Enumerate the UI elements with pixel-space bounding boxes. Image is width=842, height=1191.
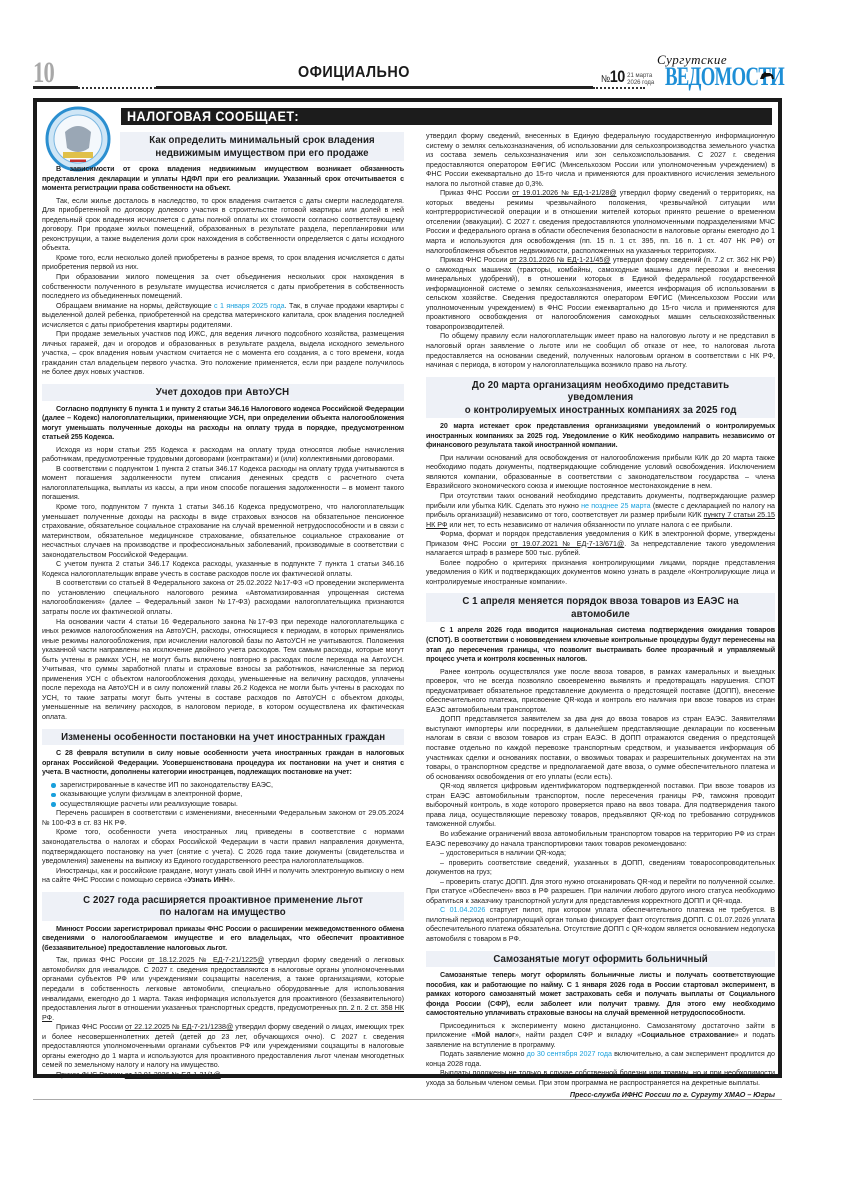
- tab-name: Социальное страхование: [641, 1031, 735, 1039]
- article-lead: С 1 апреля 2026 года вводится национальн…: [426, 626, 775, 664]
- paragraph: Перечень расширен в соответствии с измен…: [42, 809, 404, 828]
- highlight-date: с 1 января 2025 года: [214, 302, 285, 310]
- paragraph: Ранее контроль осуществлялся уже после в…: [426, 668, 775, 716]
- paragraph: Кроме того, особенности учета иностранны…: [42, 828, 404, 866]
- paragraph: При наличии оснований для освобождения о…: [426, 454, 775, 492]
- app-name: Мой налог: [475, 1031, 515, 1039]
- page-number: 10: [33, 58, 54, 88]
- divider: [33, 86, 78, 89]
- order-link[interactable]: от 19.01.2026 № ЕД-1-21/28@: [512, 189, 616, 197]
- paragraph: Так, если жилье досталось в наследство, …: [42, 197, 404, 254]
- paragraph: Присоединиться к эксперименту можно дист…: [426, 1022, 775, 1051]
- section-banner: НАЛОГОВАЯ СООБЩАЕТ:: [121, 108, 772, 125]
- paragraph: По общему правилу если налогоплательщик …: [426, 332, 775, 370]
- order-link[interactable]: от 19.07.2021 № ЕД-7-13/671@: [511, 540, 624, 548]
- paragraph: С 01.04.2026 стартует пилот, при котором…: [426, 906, 775, 944]
- article-lead: С 28 февраля вступили в силу новые особе…: [42, 749, 404, 778]
- paragraph: Форма, формат и порядок представления ув…: [426, 530, 775, 559]
- paragraph: Во избежание ограничений ввоза автомобил…: [426, 830, 775, 849]
- paragraph: В соответствии со статьей 8 Федерального…: [42, 579, 404, 617]
- service-name: Узнать ИНН: [188, 876, 229, 884]
- paragraph: Кроме того, подпунктом 7 пункта 1 статьи…: [42, 503, 404, 560]
- article-heading: Изменены особенности постановки на учет …: [42, 729, 404, 746]
- article-heading: С 2027 года расширяется проактивное прим…: [42, 892, 404, 921]
- article-lead: Согласно подпункту 6 пункта 1 и пункту 2…: [42, 405, 404, 443]
- newspaper-logo: Сургутские ВЕДОМОСТИ: [651, 52, 781, 92]
- masthead: 10 ОФИЦИАЛЬНО №10 21 марта 2026 года Сур…: [33, 58, 778, 92]
- paragraph: ДОПП представляется заявителем за два дн…: [426, 715, 775, 782]
- cat-icon: [759, 70, 775, 80]
- paragraph: Так, приказ ФНС России от 18.12.2025 № Е…: [42, 956, 404, 1023]
- highlight-date: до 30 сентября 2027 года: [527, 1050, 612, 1058]
- column-left: Как определить минимальный срок владения…: [42, 132, 404, 1080]
- divider: [156, 86, 593, 89]
- list-item: оказывающие услуги физлицам в электронно…: [42, 790, 404, 800]
- paragraph: Приказ ФНС России от 22.12.2025 № ЕД-7-2…: [42, 1023, 404, 1071]
- paragraph: Подать заявление можно до 30 сентября 20…: [426, 1050, 775, 1069]
- list-item: зарегистрированные в качестве ИП по зако…: [42, 781, 404, 791]
- paragraph: Приказ ФНС России от 12.01.2026 № ЕД-1-2…: [42, 1071, 404, 1081]
- list-item: – проверить соответствие сведений, указа…: [426, 859, 775, 878]
- paragraph: Исходя из норм статьи 255 Кодекса к расх…: [42, 446, 404, 465]
- highlight-date: С 01.04.2026: [440, 906, 485, 914]
- paragraph: Иностранцы, как и российские граждане, м…: [42, 867, 404, 886]
- article-heading: Учет доходов при АвтоУСН: [42, 384, 404, 401]
- order-link[interactable]: от 23.01.2026 № ЕД-1-21/45@: [510, 256, 611, 264]
- divider: [78, 87, 156, 89]
- paragraph: Обращаем внимание на нормы, действующие …: [42, 302, 404, 331]
- order-link[interactable]: от 18.12.2025 № ЕД-7-21/1225@: [148, 956, 265, 964]
- paragraph: При образовании жилого помещения за счет…: [42, 273, 404, 302]
- paragraph: Кроме того, если несколько долей приобре…: [42, 254, 404, 273]
- paragraph: Приказ ФНС России от 19.01.2026 № ЕД-1-2…: [426, 189, 775, 256]
- paragraph: Более подробно о критериях признания кон…: [426, 559, 775, 588]
- issue-info: №10 21 марта 2026 года: [601, 67, 654, 87]
- paragraph: QR-код является цифровым идентификатором…: [426, 782, 775, 830]
- paragraph: утвердил форму сведений, внесенных в Еди…: [426, 132, 775, 189]
- list-item: – проверить статус ДОПП. Для этого нужно…: [426, 878, 775, 907]
- issue-number: №10: [601, 67, 625, 87]
- article-heading: Как определить минимальный срок владения…: [120, 132, 404, 161]
- paragraph: При продаже земельных участков под ИЖС, …: [42, 330, 404, 378]
- article-heading: До 20 марта организациям необходимо пред…: [426, 377, 775, 419]
- divider: [33, 1099, 782, 1100]
- paragraph-continued-note: …: [221, 1071, 230, 1079]
- order-link[interactable]: от 12.01.2026 № ЕД-1-21/1@: [125, 1071, 221, 1079]
- article-heading: Самозанятые могут оформить больничный: [426, 951, 775, 968]
- paragraph: В соответствии с подпунктом 1 пункта 2 с…: [42, 465, 404, 503]
- paragraph: На основании части 4 статьи 16 Федеральн…: [42, 618, 404, 723]
- tax-news-panel: НАЛОГОВАЯ СООБЩАЕТ: Как определить миним…: [33, 98, 782, 1078]
- paragraph: С учетом пункта 2 статьи 346.17 Кодекса …: [42, 560, 404, 579]
- column-right: утвердил форму сведений, внесенных в Еди…: [426, 132, 775, 1100]
- list-item: осуществляющие расчеты или реализующие т…: [42, 800, 404, 810]
- article-heading: С 1 апреля меняется порядок ввоза товаро…: [426, 593, 775, 622]
- paragraph: При отсутствии таких оснований необходим…: [426, 492, 775, 530]
- divider: [593, 87, 645, 89]
- order-link[interactable]: от 22.12.2025 № ЕД-7-21/1238@: [125, 1023, 233, 1031]
- paragraph: Выплаты положены не только в случае собс…: [426, 1069, 775, 1088]
- paragraph: Приказ ФНС России от 23.01.2026 № ЕД-1-2…: [426, 256, 775, 332]
- article-lead: 20 марта истекает срок представления орг…: [426, 422, 775, 451]
- section-title: ОФИЦИАЛЬНО: [298, 64, 410, 82]
- article-lead: Минюст России зарегистрировал приказы ФН…: [42, 925, 404, 954]
- article-lead: Самозанятые теперь могут оформлять больн…: [426, 971, 775, 1019]
- article-lead: В зависимости от срока владения недвижим…: [42, 165, 404, 194]
- highlight-date: не позднее 25 марта: [581, 502, 650, 510]
- list-item: – удостовериться в наличии QR-кода;: [426, 849, 775, 859]
